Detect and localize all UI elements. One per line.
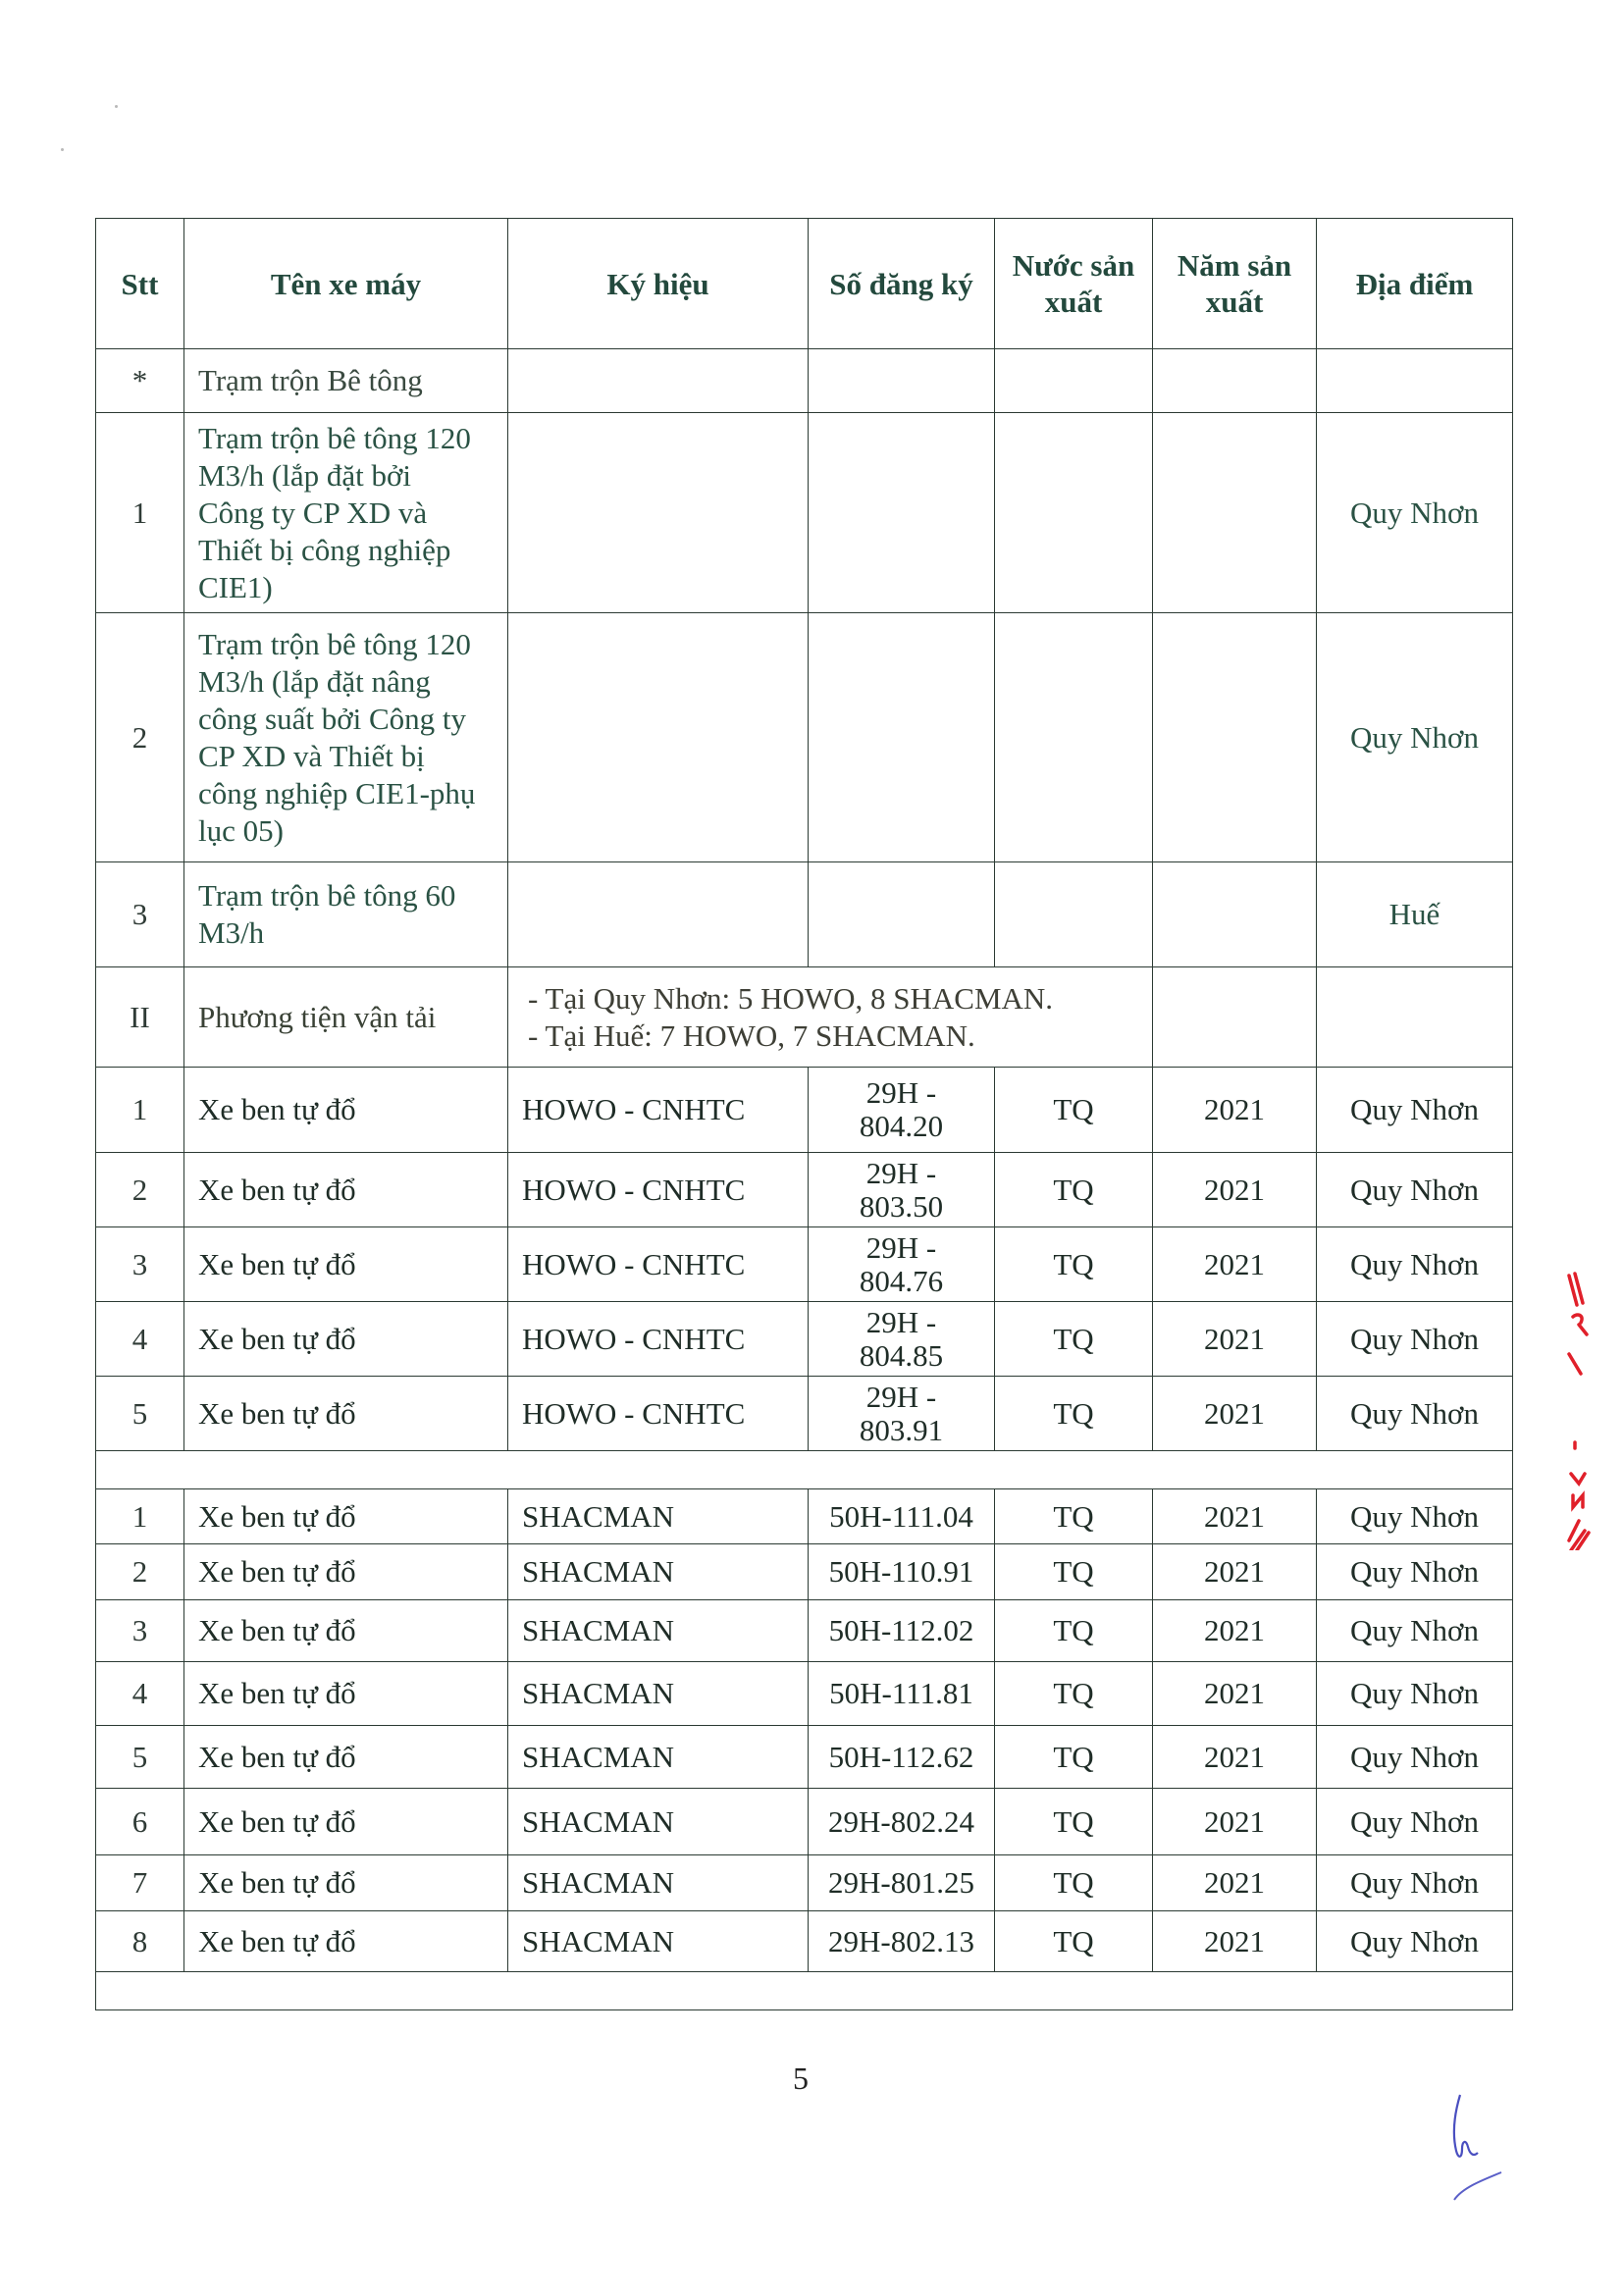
- cell-country: TQ: [995, 1726, 1153, 1789]
- cell-symbol: SHACMAN: [508, 1489, 809, 1544]
- cell-country: TQ: [995, 1227, 1153, 1302]
- cell-name-line: CIE1): [198, 569, 494, 606]
- cell-stt: 1: [96, 1489, 184, 1544]
- cell-stt: 7: [96, 1855, 184, 1911]
- cell-location: Quy Nhơn: [1317, 1302, 1513, 1377]
- empty-cell: [508, 349, 809, 413]
- signature-mark: [1433, 2090, 1531, 2208]
- section-note: - Tại Quy Nhơn: 5 HOWO, 8 SHACMAN.- Tại …: [508, 967, 1153, 1068]
- cell-registration: 29H -803.91: [809, 1377, 995, 1451]
- cell-stt: 2: [96, 1153, 184, 1227]
- spacer-cell: [96, 1972, 1513, 2010]
- cell-location: Quy Nhơn: [1317, 1489, 1513, 1544]
- cell-year: 2021: [1153, 1911, 1317, 1972]
- cell-year: 2021: [1153, 1600, 1317, 1662]
- table-row: 4Xe ben tự đổSHACMAN50H-111.81TQ2021Quy …: [96, 1662, 1513, 1726]
- spacer-row: [96, 1451, 1513, 1489]
- cell-name-line: M3/h (lắp đặt nâng: [198, 663, 494, 701]
- cell-name-line: Trạm trộn bê tông 120: [198, 626, 494, 663]
- cell-registration: 29H -803.50: [809, 1153, 995, 1227]
- reg-line: 803.50: [822, 1190, 980, 1224]
- cell-name: Trạm trộn bê tông 60M3/h: [184, 862, 508, 967]
- cell-registration: 50H-110.91: [809, 1544, 995, 1600]
- header-country: Nước sản xuất: [995, 219, 1153, 349]
- cell-stt: 4: [96, 1662, 184, 1726]
- cell-name: Xe ben tự đổ: [184, 1600, 508, 1662]
- empty-cell: [1317, 349, 1513, 413]
- reg-line: 804.76: [822, 1265, 980, 1298]
- cell-registration: 50H-111.81: [809, 1662, 995, 1726]
- cell-stt: 5: [96, 1377, 184, 1451]
- cell-name-line: CP XD và Thiết bị: [198, 738, 494, 775]
- section-row-concrete: * Trạm trộn Bê tông: [96, 349, 1513, 413]
- spacer-cell: [96, 1451, 1513, 1489]
- cell-location: Quy Nhơn: [1317, 1227, 1513, 1302]
- cell-country: TQ: [995, 1068, 1153, 1153]
- cell-name-line: Thiết bị công nghiệp: [198, 532, 494, 569]
- cell-location: Quy Nhơn: [1317, 1153, 1513, 1227]
- empty-cell: [1153, 349, 1317, 413]
- cell-registration: 50H-111.04: [809, 1489, 995, 1544]
- cell-stt: 1: [96, 413, 184, 613]
- table-row: 2Xe ben tự đổSHACMAN50H-110.91TQ2021Quy …: [96, 1544, 1513, 1600]
- cell-name-line: công nghiệp CIE1-phụ: [198, 775, 494, 812]
- reg-line: 29H -: [822, 1381, 980, 1414]
- cell-name-line: Trạm trộn bê tông 120: [198, 420, 494, 457]
- cell-country: TQ: [995, 1662, 1153, 1726]
- cell-symbol: HOWO - CNHTC: [508, 1068, 809, 1153]
- cell-location: Quy Nhơn: [1317, 1855, 1513, 1911]
- empty-cell: [995, 349, 1153, 413]
- cell-year: [1153, 413, 1317, 613]
- document-page: Stt Tên xe máy Ký hiệu Số đăng ký Nước s…: [0, 0, 1623, 2296]
- cell-name: Xe ben tự đổ: [184, 1544, 508, 1600]
- cell-symbol: SHACMAN: [508, 1600, 809, 1662]
- note-line: - Tại Huế: 7 HOWO, 7 SHACMAN.: [528, 1018, 1138, 1055]
- empty-cell: [1153, 967, 1317, 1068]
- table-row: 3Trạm trộn bê tông 60M3/hHuế: [96, 862, 1513, 967]
- cell-symbol: HOWO - CNHTC: [508, 1227, 809, 1302]
- cell-stt: 5: [96, 1726, 184, 1789]
- header-country-line2: xuất: [1009, 284, 1138, 320]
- cell-registration: [809, 413, 995, 613]
- cell-stt: 6: [96, 1789, 184, 1855]
- cell-symbol: SHACMAN: [508, 1726, 809, 1789]
- section-title: Phương tiện vận tải: [184, 967, 508, 1068]
- cell-country: [995, 413, 1153, 613]
- cell-name: Xe ben tự đổ: [184, 1789, 508, 1855]
- cell-location: Quy Nhơn: [1317, 1662, 1513, 1726]
- cell-name: Xe ben tự đổ: [184, 1855, 508, 1911]
- cell-name-line: M3/h: [198, 914, 494, 952]
- header-name: Tên xe máy: [184, 219, 508, 349]
- header-location: Địa điểm: [1317, 219, 1513, 349]
- reg-line: 29H -: [822, 1076, 980, 1110]
- cell-registration: 29H -804.85: [809, 1302, 995, 1377]
- reg-line: 29H -: [822, 1306, 980, 1339]
- cell-name: Xe ben tự đổ: [184, 1302, 508, 1377]
- cell-registration: 29H -804.20: [809, 1068, 995, 1153]
- cell-registration: 50H-112.62: [809, 1726, 995, 1789]
- cell-location: Quy Nhơn: [1317, 413, 1513, 613]
- section-stt: II: [96, 967, 184, 1068]
- cell-name: Xe ben tự đổ: [184, 1489, 508, 1544]
- table-row: 6Xe ben tự đổSHACMAN29H-802.24TQ2021Quy …: [96, 1789, 1513, 1855]
- section-row-transport: IIPhương tiện vận tải- Tại Quy Nhơn: 5 H…: [96, 967, 1513, 1068]
- cell-symbol: SHACMAN: [508, 1544, 809, 1600]
- cell-location: Huế: [1317, 862, 1513, 967]
- cell-stt: 8: [96, 1911, 184, 1972]
- cell-name-line: Công ty CP XD và: [198, 495, 494, 532]
- cell-registration: 29H-802.24: [809, 1789, 995, 1855]
- cell-country: TQ: [995, 1377, 1153, 1451]
- cell-symbol: [508, 862, 809, 967]
- cell-registration: 29H -804.76: [809, 1227, 995, 1302]
- cell-stt: 3: [96, 862, 184, 967]
- cell-name: Xe ben tự đổ: [184, 1911, 508, 1972]
- header-stt: Stt: [96, 219, 184, 349]
- scan-speck: [115, 105, 118, 108]
- cell-symbol: SHACMAN: [508, 1662, 809, 1726]
- header-registration: Số đăng ký: [809, 219, 995, 349]
- cell-year: 2021: [1153, 1227, 1317, 1302]
- cell-symbol: SHACMAN: [508, 1789, 809, 1855]
- cell-year: 2021: [1153, 1855, 1317, 1911]
- equipment-table: Stt Tên xe máy Ký hiệu Số đăng ký Nước s…: [95, 218, 1513, 2010]
- cell-year: 2021: [1153, 1489, 1317, 1544]
- header-symbol: Ký hiệu: [508, 219, 809, 349]
- reg-line: 29H -: [822, 1157, 980, 1190]
- cell-country: TQ: [995, 1855, 1153, 1911]
- cell-location: Quy Nhơn: [1317, 1911, 1513, 1972]
- cell-location: Quy Nhơn: [1317, 1544, 1513, 1600]
- reg-line: 804.20: [822, 1110, 980, 1143]
- cell-stt: 2: [96, 613, 184, 862]
- cell-country: TQ: [995, 1302, 1153, 1377]
- spacer-row: [96, 1972, 1513, 2010]
- cell-name: Xe ben tự đổ: [184, 1377, 508, 1451]
- table-row: 8Xe ben tự đổSHACMAN29H-802.13TQ2021Quy …: [96, 1911, 1513, 1972]
- cell-stt: 4: [96, 1302, 184, 1377]
- cell-symbol: HOWO - CNHTC: [508, 1302, 809, 1377]
- cell-country: [995, 862, 1153, 967]
- cell-name: Xe ben tự đổ: [184, 1153, 508, 1227]
- section-title: Trạm trộn Bê tông: [184, 349, 508, 413]
- cell-year: 2021: [1153, 1726, 1317, 1789]
- cell-year: [1153, 613, 1317, 862]
- cell-country: TQ: [995, 1789, 1153, 1855]
- table-row: 1Trạm trộn bê tông 120M3/h (lắp đặt bởiC…: [96, 413, 1513, 613]
- cell-country: [995, 613, 1153, 862]
- cell-name-line: công suất bởi Công ty: [198, 701, 494, 738]
- cell-stt: 3: [96, 1227, 184, 1302]
- cell-registration: [809, 613, 995, 862]
- cell-country: TQ: [995, 1153, 1153, 1227]
- cell-year: 2021: [1153, 1662, 1317, 1726]
- cell-name-line: Trạm trộn bê tông 60: [198, 877, 494, 914]
- header-country-line1: Nước sản: [1009, 247, 1138, 284]
- cell-year: 2021: [1153, 1068, 1317, 1153]
- cell-symbol: SHACMAN: [508, 1911, 809, 1972]
- cell-location: Quy Nhơn: [1317, 1726, 1513, 1789]
- cell-stt: 1: [96, 1068, 184, 1153]
- header-year-line2: xuất: [1167, 284, 1302, 320]
- table-row: 4Xe ben tự đổHOWO - CNHTC29H -804.85TQ20…: [96, 1302, 1513, 1377]
- cell-registration: 29H-802.13: [809, 1911, 995, 1972]
- cell-country: TQ: [995, 1600, 1153, 1662]
- table-row: 1Xe ben tự đổHOWO - CNHTC29H -804.20TQ20…: [96, 1068, 1513, 1153]
- cell-name: Xe ben tự đổ: [184, 1726, 508, 1789]
- cell-country: TQ: [995, 1489, 1153, 1544]
- empty-cell: [1317, 967, 1513, 1068]
- section-stt: *: [96, 349, 184, 413]
- cell-registration: [809, 862, 995, 967]
- cell-stt: 2: [96, 1544, 184, 1600]
- cell-symbol: [508, 413, 809, 613]
- cell-year: 2021: [1153, 1544, 1317, 1600]
- cell-name-line: M3/h (lắp đặt bởi: [198, 457, 494, 495]
- cell-registration: 29H-801.25: [809, 1855, 995, 1911]
- table-row: 2Trạm trộn bê tông 120M3/h (lắp đặt nâng…: [96, 613, 1513, 862]
- cell-location: Quy Nhơn: [1317, 1377, 1513, 1451]
- cell-country: TQ: [995, 1544, 1153, 1600]
- cell-symbol: SHACMAN: [508, 1855, 809, 1911]
- cell-name: Trạm trộn bê tông 120M3/h (lắp đặt bởiCô…: [184, 413, 508, 613]
- header-year-line1: Năm sản: [1167, 247, 1302, 284]
- cell-name: Xe ben tự đổ: [184, 1068, 508, 1153]
- cell-registration: 50H-112.02: [809, 1600, 995, 1662]
- note-line: - Tại Quy Nhơn: 5 HOWO, 8 SHACMAN.: [528, 980, 1138, 1018]
- cell-location: Quy Nhơn: [1317, 1789, 1513, 1855]
- table-header-row: Stt Tên xe máy Ký hiệu Số đăng ký Nước s…: [96, 219, 1513, 349]
- table-row: 2Xe ben tự đổHOWO - CNHTC29H -803.50TQ20…: [96, 1153, 1513, 1227]
- cell-country: TQ: [995, 1911, 1153, 1972]
- cell-year: 2021: [1153, 1153, 1317, 1227]
- cell-year: 2021: [1153, 1789, 1317, 1855]
- cell-name: Trạm trộn bê tông 120M3/h (lắp đặt nângc…: [184, 613, 508, 862]
- table-row: 5Xe ben tự đổSHACMAN50H-112.62TQ2021Quy …: [96, 1726, 1513, 1789]
- empty-cell: [809, 349, 995, 413]
- table-row: 3Xe ben tự đổHOWO - CNHTC29H -804.76TQ20…: [96, 1227, 1513, 1302]
- cell-location: Quy Nhơn: [1317, 1068, 1513, 1153]
- cell-year: [1153, 862, 1317, 967]
- red-seal-stamp-edge: [1555, 1256, 1614, 1550]
- cell-name: Xe ben tự đổ: [184, 1227, 508, 1302]
- cell-location: Quy Nhơn: [1317, 613, 1513, 862]
- table-row: 7Xe ben tự đổSHACMAN29H-801.25TQ2021Quy …: [96, 1855, 1513, 1911]
- cell-symbol: [508, 613, 809, 862]
- cell-stt: 3: [96, 1600, 184, 1662]
- cell-year: 2021: [1153, 1377, 1317, 1451]
- cell-year: 2021: [1153, 1302, 1317, 1377]
- table-row: 1Xe ben tự đổSHACMAN50H-111.04TQ2021Quy …: [96, 1489, 1513, 1544]
- cell-name-line: lục 05): [198, 812, 494, 850]
- page-number: 5: [793, 2061, 809, 2097]
- scan-speck: [61, 148, 64, 151]
- cell-name: Xe ben tự đổ: [184, 1662, 508, 1726]
- reg-line: 804.85: [822, 1339, 980, 1373]
- cell-symbol: HOWO - CNHTC: [508, 1377, 809, 1451]
- cell-location: Quy Nhơn: [1317, 1600, 1513, 1662]
- table-row: 3Xe ben tự đổSHACMAN50H-112.02TQ2021Quy …: [96, 1600, 1513, 1662]
- reg-line: 803.91: [822, 1414, 980, 1447]
- cell-symbol: HOWO - CNHTC: [508, 1153, 809, 1227]
- header-year: Năm sản xuất: [1153, 219, 1317, 349]
- table-row: 5Xe ben tự đổHOWO - CNHTC29H -803.91TQ20…: [96, 1377, 1513, 1451]
- reg-line: 29H -: [822, 1231, 980, 1265]
